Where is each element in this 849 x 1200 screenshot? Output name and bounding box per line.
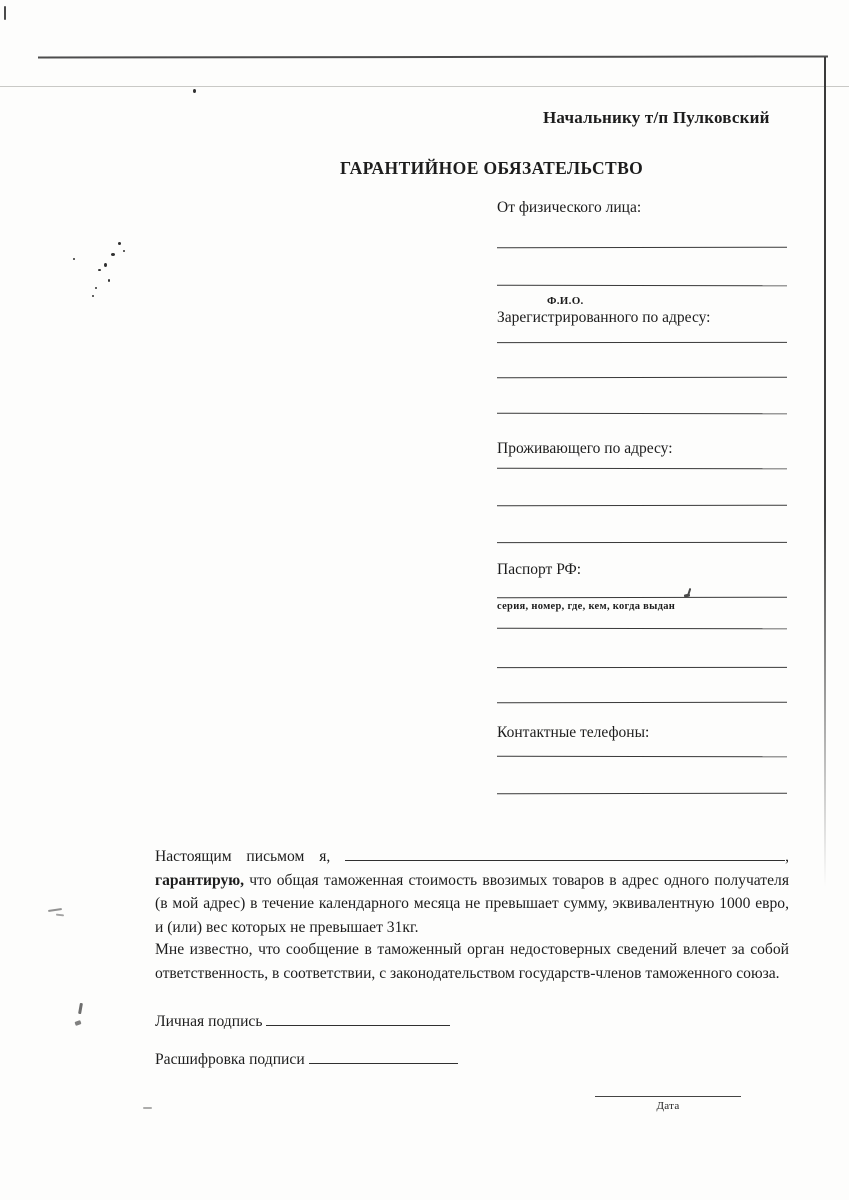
scan-artifact	[104, 263, 107, 267]
passport-caption: серия, номер, где, кем, когда выдан	[497, 601, 675, 612]
scan-artifact	[4, 6, 6, 20]
guarantee-text: что общая таможенная стоимость ввозимых …	[155, 872, 789, 936]
residence-address-label: Проживающего по адресу:	[497, 440, 673, 458]
scan-right-edge-line	[824, 57, 826, 887]
passport-line-4	[497, 702, 787, 704]
scan-artifact	[108, 279, 110, 282]
addressee-line: Начальнику т/п Пулковский	[543, 108, 793, 128]
scan-artifact	[92, 295, 94, 297]
liability-paragraph: Мне известно, что сообщение в таможенный…	[155, 938, 789, 985]
scan-artifact	[95, 287, 97, 289]
fio-blank-line-1	[497, 247, 787, 249]
scan-artifact	[111, 253, 115, 256]
passport-line-2	[497, 628, 787, 630]
fio-caption: Ф.И.О.	[547, 295, 584, 307]
residence-address-line-1	[497, 468, 787, 470]
registered-address-line-1	[497, 342, 787, 343]
residence-address-line-2	[497, 505, 787, 507]
guarantee-bold-word: гарантирую,	[155, 872, 244, 889]
scan-artifact	[56, 914, 64, 917]
scanned-document-page: Начальнику т/п Пулковский ГАРАНТИЙНОЕ ОБ…	[0, 0, 849, 1200]
guarantee-paragraph: Настоящим письмом я, , гарантирую, что о…	[155, 845, 789, 939]
date-blank-line	[595, 1096, 741, 1097]
signature-decryption-label: Расшифровка подписи	[155, 1051, 305, 1068]
registered-address-line-2	[497, 377, 787, 379]
scan-artifact	[98, 269, 101, 271]
guarantee-trailing-comma: ,	[785, 848, 789, 865]
scan-artifact	[193, 89, 196, 93]
scan-artifact	[48, 908, 62, 912]
scan-artifact	[74, 1020, 81, 1026]
scan-artifact	[143, 1107, 152, 1109]
phones-line-2	[497, 793, 787, 795]
personal-signature-blank	[266, 1011, 450, 1026]
signature-decryption-blank	[309, 1049, 458, 1064]
signature-decryption-row: Расшифровка подписи	[155, 1049, 458, 1069]
guarantee-intro: Настоящим письмом я,	[155, 848, 330, 865]
registered-address-line-3	[497, 413, 787, 415]
passport-line-1	[497, 597, 787, 599]
scan-top-edge-line	[38, 55, 828, 58]
scan-artifact	[123, 250, 125, 252]
personal-signature-label: Личная подпись	[155, 1013, 262, 1030]
registered-address-label: Зарегистрированного по адресу:	[497, 309, 710, 327]
scan-artifact	[73, 258, 75, 260]
phones-label: Контактные телефоны:	[497, 724, 649, 742]
date-caption: Дата	[595, 1100, 741, 1112]
passport-line-3	[497, 667, 787, 668]
personal-signature-row: Личная подпись	[155, 1011, 450, 1031]
document-title: ГАРАНТИЙНОЕ ОБЯЗАТЕЛЬСТВО	[340, 158, 670, 179]
fio-blank-line-2	[497, 285, 787, 287]
scan-artifact	[118, 242, 121, 245]
guarantee-name-blank	[345, 846, 785, 861]
phones-line-1	[497, 756, 787, 758]
scan-faint-line	[0, 86, 849, 87]
scan-artifact	[78, 1003, 83, 1014]
residence-address-line-3	[497, 542, 787, 543]
passport-label: Паспорт РФ:	[497, 561, 581, 579]
from-person-label: От физического лица:	[497, 199, 641, 217]
date-block: Дата	[595, 1096, 741, 1112]
